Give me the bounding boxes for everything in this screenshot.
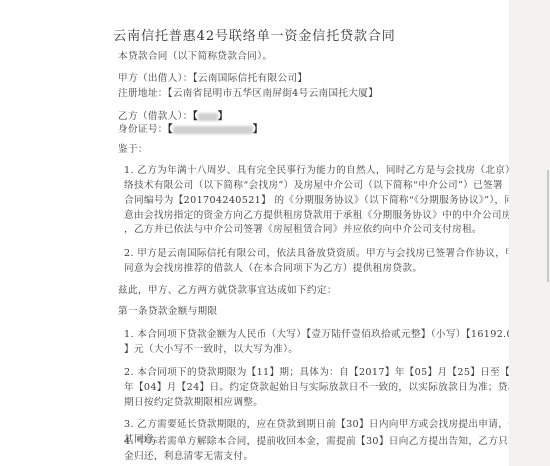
id-line: 身份证号：【】 — [118, 124, 263, 136]
party-b-label: 乙方（借款人）： — [118, 111, 193, 122]
party-a-value: 【云南国际信托有限公司】 — [193, 73, 308, 84]
right-gutter — [509, 0, 550, 466]
recital-1-line-5: ，乙方并已依法与中介公司签署《房屋租赁合同》并应依约向中介公司支付房租。 — [124, 224, 482, 236]
redacted-id — [173, 126, 253, 134]
clause-1-line-1: 1. 本合同项下贷款金额为人民币（大写）【壹万陆仟壹佰玖拾贰元整】（小写）【16… — [124, 329, 519, 341]
clause-2-line-3: 期日按约定贷款期限相应调整。 — [124, 397, 263, 409]
party-b-line: 乙方（借款人）：【】 — [118, 111, 228, 123]
clause-4-line-2: 金归还，利息清零无需支付。 — [124, 451, 253, 463]
document-page: 云南信托普惠42号联络单一资金信托贷款合同 本贷款合同（以下简称贷款合同）。 甲… — [0, 0, 509, 466]
recital-1-line-2: 络技术有限公司（以下简称“会找房”）及房屋中介公司（以下简称“中介公司”）已签署 — [124, 180, 503, 192]
clause-2-line-2: 年【04】月【24】日。约定贷款起始日与实际放款日不一致的，以实际放款日为准；贷… — [124, 382, 528, 394]
whereas-heading: 鉴于： — [118, 144, 148, 156]
document-title: 云南信托普惠42号联络单一资金信托贷款合同 — [0, 25, 509, 44]
clause-3-line-1: 3. 乙方需要延长贷款期限的，应在贷款到期日前【30】日内向甲方或会找房提出申请… — [124, 419, 528, 431]
agreement-intro: 兹此，甲方、乙方两方就贷款事宜达成如下约定： — [118, 285, 337, 297]
party-a-line: 甲方（出借人）：【云南国际信托有限公司】 — [118, 73, 307, 85]
clause-1-line-2: 】元（大小写不一致时，以大写为准）。 — [124, 344, 298, 356]
address-value: 【云南省昆明市五华区南屏街4号云南国托大厦】 — [168, 88, 378, 99]
recital-2-line-1: 2. 甲方是云南国际信托有限公司，依法具备放贷资质。甲方与会找房已签署合作协议，… — [124, 248, 525, 260]
clause-4-line-1: 4. 甲方若需单方解除本合同，提前收回本金，需提前【30】日向乙方提出告知，乙方… — [124, 436, 528, 448]
recital-1-line-3: 合同编号为【201704240521】 的《分期服务协议》（以下简称“《分期服务… — [124, 195, 514, 207]
article-1-title: 第一条贷款金额与期限 — [118, 306, 217, 318]
clause-2-line-1: 2. 本合同项下的贷款期限为【11】期；具体为：自【2017】年【05】月【25… — [124, 367, 546, 379]
recital-1-line-1: 1. 乙方为年满十八周岁、具有完全民事行为能力的自然人，同时乙方是与会找房（北京… — [124, 165, 525, 177]
address-label: 注册地址： — [118, 88, 168, 99]
redacted-name — [198, 113, 218, 121]
party-a-label: 甲方（出借人）： — [118, 73, 193, 84]
address-line: 注册地址：【云南省昆明市五华区南屏街4号云南国托大厦】 — [118, 88, 378, 100]
vertical-scrollbar[interactable] — [547, 170, 549, 282]
recital-1-line-4: 意由会找房指定的资金方向乙方提供租房贷款用于承租《分期服务协议》中的中介公司房屋 — [124, 210, 522, 222]
id-label: 身份证号： — [118, 124, 168, 135]
intro-line: 本贷款合同（以下简称贷款合同）。 — [118, 51, 272, 63]
recital-2-line-2: 同意为会找房推荐的借款人（在本合同项下为乙方）提供租房贷款。 — [124, 263, 422, 275]
